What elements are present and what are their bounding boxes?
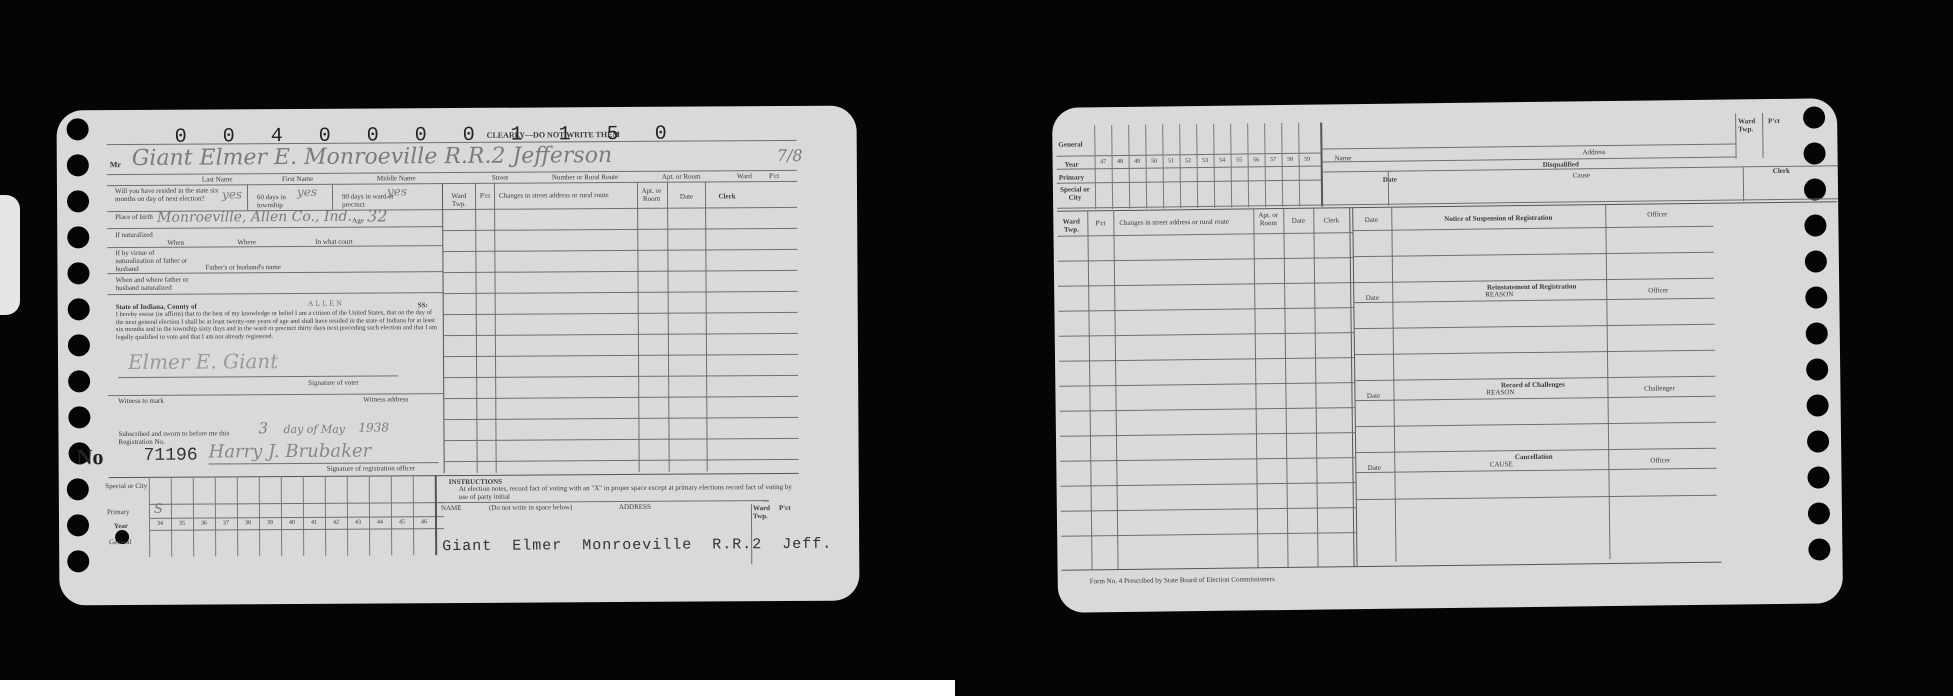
registration-card-front: 0 0 4 0 0 0 0 1 1 5 0 CLEARLY—DO NOT WRI… bbox=[56, 106, 859, 606]
county-value: ALLEN bbox=[308, 299, 344, 308]
officer-signature-label: Signature of registration officer bbox=[327, 464, 415, 473]
age-value: 32 bbox=[367, 206, 387, 225]
year-cell: 52 bbox=[1180, 158, 1197, 164]
year-cell: 46 bbox=[413, 519, 435, 525]
birthplace-value: Monroeville, Allen Co., Ind. bbox=[157, 209, 352, 226]
punch-hole bbox=[67, 226, 89, 248]
cancel-officer: Officer bbox=[1610, 456, 1710, 465]
label-cause: Cause bbox=[1573, 171, 1590, 179]
punch-hole bbox=[1807, 394, 1829, 416]
year-cell: 48 bbox=[1112, 159, 1129, 165]
year-cell: 55 bbox=[1231, 157, 1248, 163]
punch-hole bbox=[1806, 322, 1828, 344]
cancel-cause: CAUSE bbox=[1396, 459, 1606, 470]
grid-label-general: General bbox=[109, 538, 131, 546]
rcol-clerk: Clerk bbox=[1315, 216, 1347, 224]
handwritten-ward: 7/8 bbox=[777, 146, 803, 165]
punch-hole bbox=[1803, 106, 1825, 128]
bottom-name-label: NAME bbox=[441, 504, 462, 512]
typed-name-line: Giant Elmer Monroeville R.R.2 Jeff. bbox=[442, 536, 832, 555]
punch-hole bbox=[1808, 538, 1830, 560]
form-footer: Form No. 4 Prescribed by State Board of … bbox=[1090, 575, 1275, 585]
year-cell: 35 bbox=[171, 521, 193, 527]
year-cell: 57 bbox=[1265, 157, 1282, 163]
bottom-pct-label: P'ct bbox=[779, 504, 791, 512]
naturalized-label: If naturalized bbox=[115, 231, 155, 239]
punch-hole bbox=[67, 262, 89, 284]
naturalized-where: Where bbox=[237, 238, 256, 246]
col-clerk: Clerk bbox=[707, 192, 747, 200]
chal-challenger: Challenger bbox=[1609, 384, 1709, 393]
label-last-name: Last Name bbox=[202, 175, 233, 183]
susp-title: Notice of Suspension of Registration bbox=[1393, 213, 1603, 224]
father-when-label: When and where father or husband natural… bbox=[116, 276, 211, 293]
adjacent-card-edge bbox=[0, 195, 20, 315]
punch-hole bbox=[67, 154, 89, 176]
bottom-do-not-write: (Do not write in space below) bbox=[489, 503, 572, 512]
header-instruction: CLEARLY—DO NOT WRITE THEM bbox=[487, 131, 620, 140]
rcol-ward-twp: Ward Twp. bbox=[1057, 217, 1085, 233]
punch-hole bbox=[1807, 466, 1829, 488]
year-cell: 44 bbox=[369, 519, 391, 525]
sworn-text: Subscribed and sworn to before me this bbox=[118, 429, 229, 438]
birthplace-label: Place of birth bbox=[115, 213, 155, 221]
officer-signature: Harry J. Brubaker bbox=[209, 441, 372, 463]
father-label: If by virtue of naturalization of father… bbox=[115, 249, 190, 273]
year-cell: 50 bbox=[1146, 158, 1163, 164]
rcol-date: Date bbox=[1285, 217, 1311, 225]
chal-reason: REASON bbox=[1395, 387, 1605, 398]
voter-signature: Elmer E. Giant bbox=[128, 349, 278, 374]
punch-hole bbox=[67, 118, 89, 140]
reinst-reason: REASON bbox=[1394, 289, 1604, 300]
year-cell: 39 bbox=[259, 520, 281, 526]
reinst-officer: Officer bbox=[1608, 286, 1708, 295]
bottom-ward-label: Ward Twp. bbox=[753, 504, 773, 520]
punch-hole bbox=[1805, 250, 1827, 272]
label-clerk: Clerk bbox=[1773, 167, 1790, 175]
label-ward: Ward bbox=[737, 172, 752, 180]
handwritten-name-address: Giant Elmer E. Monroeville R.R.2 Jeffers… bbox=[132, 143, 612, 171]
year-cell: 40 bbox=[281, 520, 303, 526]
punch-hole bbox=[67, 478, 89, 500]
label-ward-twp: Ward Twp. bbox=[1738, 117, 1760, 133]
oath-ss: SS: bbox=[418, 301, 428, 309]
registration-card-back: General Year Primary Special or City 47 … bbox=[1052, 98, 1843, 613]
title-prefix: Mr bbox=[110, 160, 121, 169]
reg-no-symbol: No bbox=[77, 444, 104, 470]
susp-date: Date bbox=[1353, 216, 1389, 224]
rcol-apt-room: Apt. or Room bbox=[1255, 211, 1281, 227]
punch-hole bbox=[1806, 358, 1828, 380]
bottom-address-label: ADDRESS bbox=[619, 503, 651, 511]
col-date: Date bbox=[669, 192, 704, 200]
rgrid-label-year: Year bbox=[1065, 160, 1079, 168]
col-ward-twp: Ward Twp. bbox=[445, 192, 473, 208]
year-cell: 51 bbox=[1163, 158, 1180, 164]
label-number-route: Number or Rural Route bbox=[552, 173, 618, 181]
punch-hole bbox=[1804, 214, 1826, 236]
punch-hole bbox=[1804, 178, 1826, 200]
punch-hole bbox=[67, 190, 89, 212]
grid-label-primary: Primary bbox=[107, 508, 130, 516]
naturalized-when: When bbox=[167, 239, 184, 247]
scan-margin bbox=[0, 680, 955, 696]
age-label: Age bbox=[352, 217, 364, 225]
grid-label-special: Special or City bbox=[104, 482, 149, 490]
label-street: Street bbox=[492, 174, 508, 182]
punch-hole bbox=[68, 334, 90, 356]
grid-label-year: Year bbox=[114, 522, 128, 530]
year-cell: 58 bbox=[1282, 157, 1299, 163]
year-cell: 45 bbox=[391, 519, 413, 525]
year-cell: 41 bbox=[303, 520, 325, 526]
township-answer: yes bbox=[297, 185, 317, 199]
rcol-changes: Changes in street address or rural route bbox=[1119, 218, 1229, 227]
voter-signature-label: Signature of voter bbox=[308, 379, 359, 387]
punch-hole bbox=[1805, 286, 1827, 308]
punch-hole bbox=[1808, 502, 1830, 524]
oath-text: I hereby swear (or affirm) that to the b… bbox=[116, 309, 441, 341]
rgrid-label-general: General bbox=[1058, 140, 1082, 148]
naturalized-court: In what court bbox=[315, 238, 352, 246]
year-cell: 54 bbox=[1214, 158, 1231, 164]
year-cell: 47 bbox=[1095, 159, 1112, 165]
col-pct: P'ct bbox=[477, 192, 493, 200]
label-apt-room: Apt. or Room bbox=[662, 173, 701, 181]
year-cell: 42 bbox=[325, 520, 347, 526]
label-pct: P'ct bbox=[1768, 117, 1780, 125]
year-cell: 49 bbox=[1129, 159, 1146, 165]
rgrid-label-primary: Primary bbox=[1059, 173, 1084, 181]
year-cell: 43 bbox=[347, 520, 369, 526]
witness-address-label: Witness address bbox=[363, 395, 408, 403]
year-cell: 36 bbox=[193, 520, 215, 526]
registration-number: 71196 bbox=[144, 446, 198, 466]
reg-no-label: Registration No. bbox=[118, 438, 164, 446]
col-apt-room: Apt. or Room bbox=[639, 187, 664, 203]
father-name-label: Father's or husband's name bbox=[205, 263, 280, 271]
label-address: Address bbox=[1582, 148, 1605, 156]
punch-hole bbox=[67, 550, 89, 572]
year-cell: 53 bbox=[1197, 158, 1214, 164]
instructions-text: At election notes, record fact of voting… bbox=[459, 483, 799, 501]
year-cell: 56 bbox=[1248, 157, 1265, 163]
witness-label: Witness to mark bbox=[118, 397, 164, 405]
year-cell: 38 bbox=[237, 520, 259, 526]
punch-hole bbox=[67, 514, 89, 536]
residency-question: Will you have resided in the state six m… bbox=[115, 186, 220, 203]
rcol-pct: P'ct bbox=[1089, 219, 1111, 227]
year-cell: 37 bbox=[215, 520, 237, 526]
label-date: Date bbox=[1383, 176, 1397, 184]
punch-hole bbox=[68, 370, 90, 392]
rgrid-label-special: Special or City bbox=[1057, 185, 1093, 201]
sworn-year: 1938 bbox=[358, 420, 389, 434]
punch-hole bbox=[1803, 142, 1825, 164]
year-cell: 34 bbox=[149, 521, 171, 527]
year-cell: 59 bbox=[1299, 157, 1316, 163]
label-first-name: First Name bbox=[282, 175, 313, 183]
punch-hole bbox=[1807, 430, 1829, 452]
label-pct: P'ct bbox=[769, 172, 779, 180]
residency-answer: yes bbox=[222, 187, 242, 201]
sworn-day: 3 bbox=[258, 419, 268, 437]
sworn-month: day of May bbox=[283, 423, 345, 436]
punch-hole bbox=[68, 406, 90, 428]
ward-residency-answer: yes bbox=[387, 184, 407, 198]
susp-officer: Officer bbox=[1607, 210, 1707, 219]
punch-hole bbox=[68, 298, 90, 320]
label-middle-name: Middle Name bbox=[377, 174, 416, 182]
col-changes: Changes in street address or rural route bbox=[499, 191, 609, 200]
